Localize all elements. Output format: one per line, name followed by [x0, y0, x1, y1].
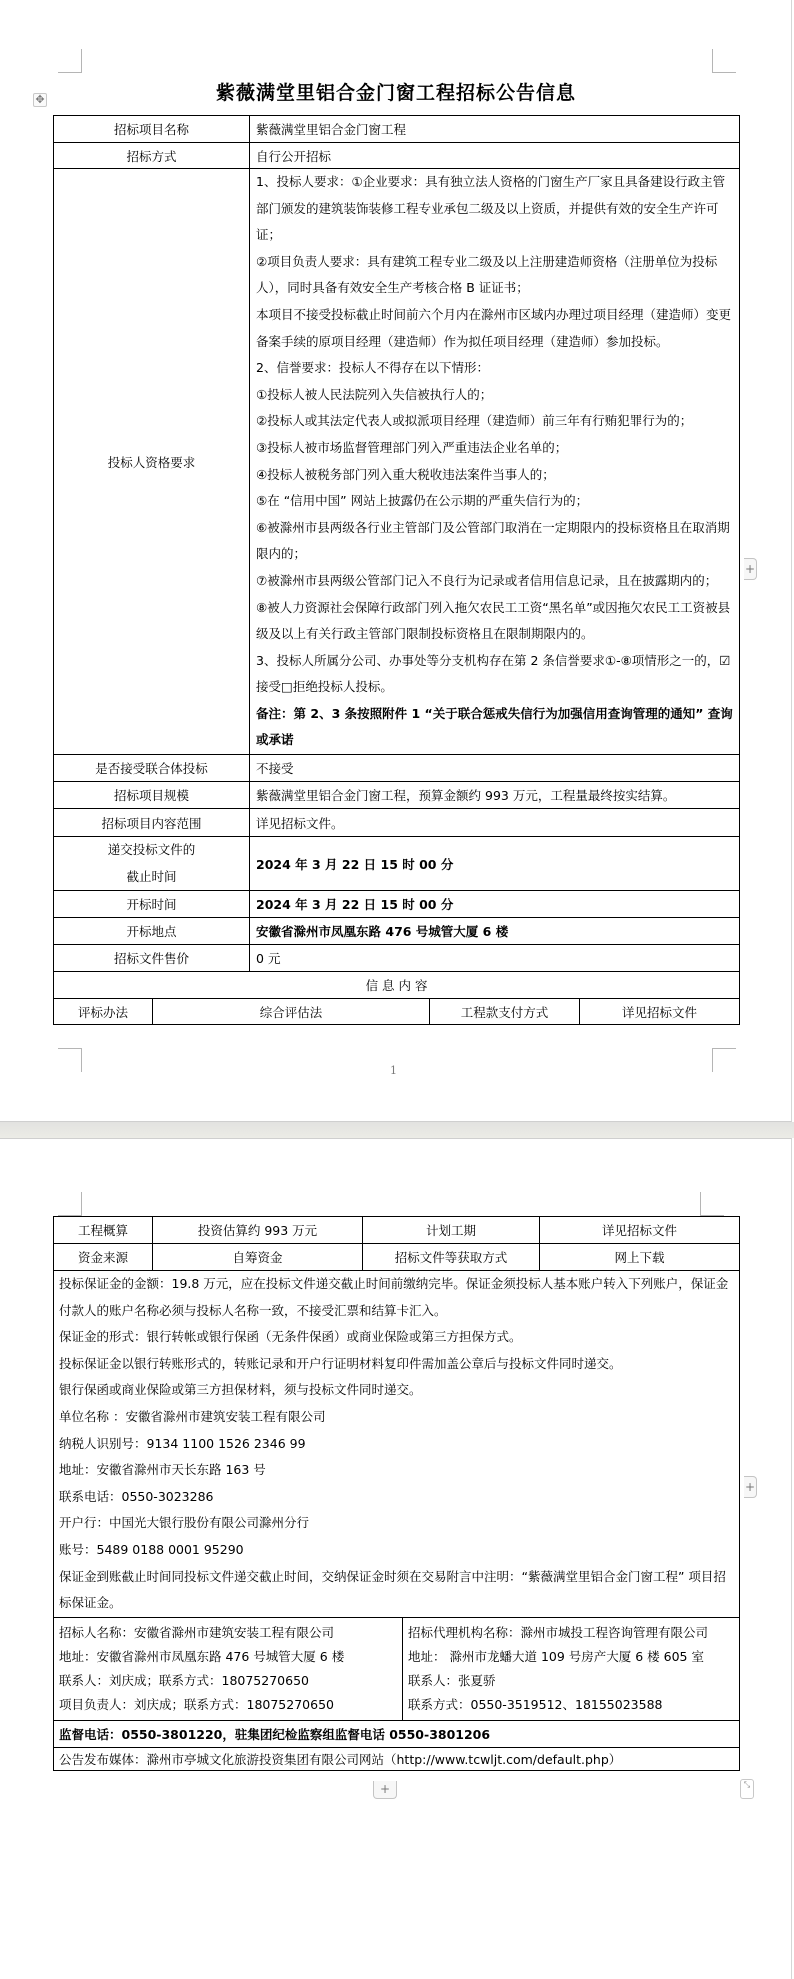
qualification-line: ③投标人被市场监督管理部门列入严重违法企业名单的；: [256, 435, 733, 462]
supervision-phone: 监督电话：0550-3801220，驻集团纪检监察组监督电话 0550-3801…: [54, 1720, 740, 1747]
cell: 综合评估法: [153, 999, 430, 1025]
tenderer-line: 招标人名称：安徽省滁州市建筑安装工程有限公司: [59, 1621, 397, 1645]
deposit-line: 地址：安徽省滁州市天长东路 163 号: [59, 1457, 734, 1484]
cell: 计划工期: [363, 1217, 540, 1244]
deposit-line: 银行保函或商业保险或第三方担保材料，须与投标文件同时递交。: [59, 1377, 734, 1404]
qualification-line: ⑥被滁州市县两级各行业主管部门及公管部门取消在一定期限内的投标资格且在取消期限内…: [256, 515, 733, 568]
qualification-line: ①投标人被人民法院列入失信被执行人的；: [256, 382, 733, 409]
margin-corner-mark: [700, 1192, 724, 1216]
add-row-plus-icon[interactable]: +: [373, 1781, 397, 1799]
margin-corner-mark: [712, 49, 736, 73]
qualification-content: 1、投标人要求：①企业要求：具有独立法人资格的门窗生产厂家且具备建设行政主管部门…: [250, 169, 740, 755]
qualification-line: ④投标人被税务部门列入重大税收违法案件当事人的；: [256, 462, 733, 489]
cell: 自筹资金: [153, 1244, 363, 1271]
row-label: 开标时间: [54, 891, 250, 918]
document-page-1: 紫薇满堂里铝合金门窗工程招标公告信息 ✥ 招标项目名称 紫薇满堂里铝合金门窗工程…: [0, 0, 792, 1122]
qualification-line: ②项目负责人要求：具有建筑工程专业二级及以上注册建造师资格（注册单位为投标人），…: [256, 249, 733, 302]
cell: 网上下载: [540, 1244, 740, 1271]
row-value: 紫薇满堂里铝合金门窗工程，预算金额约 993 万元，工程量最终按实结算。: [250, 782, 740, 809]
table-row: 招标项目名称 紫薇满堂里铝合金门窗工程: [54, 116, 740, 143]
row-label: 开标地点: [54, 918, 250, 945]
add-column-plus-icon[interactable]: +: [744, 558, 757, 580]
table-row-info-header: 信 息 内 容: [54, 972, 740, 999]
table-row: 招标项目内容范围 详见招标文件。: [54, 809, 740, 837]
margin-corner-mark: [58, 1048, 82, 1072]
deposit-content: 投标保证金的金额：19.8 万元，应在投标文件递交截止时间前缴纳完毕。保证金须投…: [54, 1271, 740, 1618]
row-value: 0 元: [250, 945, 740, 972]
cell: 工程概算: [54, 1217, 153, 1244]
qualification-line: ②投标人或其法定代表人或拟派项目经理（建造师）前三年有行贿犯罪行为的；: [256, 408, 733, 435]
publish-media: 公告发布媒体：滁州市亭城文化旅游投资集团有限公司网站（http://www.tc…: [54, 1747, 740, 1770]
row-value: 紫薇满堂里铝合金门窗工程: [250, 116, 740, 143]
tenderer-line: 项目负责人：刘庆成；联系方式：18075270650: [59, 1693, 397, 1717]
qualification-line: 2、信誉要求：投标人不得存在以下情形：: [256, 355, 733, 382]
table-resize-handle-icon[interactable]: ⤡: [740, 1779, 754, 1799]
row-label: 是否接受联合体投标: [54, 755, 250, 782]
qualification-line: ⑤在 “信用中国” 网站上披露仍在公示期的严重失信行为的；: [256, 488, 733, 515]
cell: 评标办法: [54, 999, 153, 1025]
table-row: 开标地点 安徽省滁州市凤凰东路 476 号城管大厦 6 楼: [54, 918, 740, 945]
deposit-line: 联系电话：0550-3023286: [59, 1484, 734, 1511]
row-value: 自行公开招标: [250, 143, 740, 169]
table-row: 资金来源 自筹资金 招标文件等获取方式 网上下载: [54, 1244, 740, 1271]
page-separator: [0, 1122, 794, 1138]
table-row: 开标时间 2024 年 3 月 22 日 15 时 00 分: [54, 891, 740, 918]
agency-line: 地址： 滁州市龙蟠大道 109 号房产大厦 6 楼 605 室: [408, 1645, 734, 1669]
table-row-contacts: 招标人名称：安徽省滁州市建筑安装工程有限公司 地址：安徽省滁州市凤凰东路 476…: [54, 1617, 740, 1720]
cell: 资金来源: [54, 1244, 153, 1271]
cell: 招标文件等获取方式: [363, 1244, 540, 1271]
row-label: 招标项目内容范围: [54, 809, 250, 837]
table-row: 招标文件售价 0 元: [54, 945, 740, 972]
bid-info-table-continued: 工程概算 投资估算约 993 万元 计划工期 详见招标文件 资金来源 自筹资金 …: [53, 1216, 740, 1771]
row-label: 递交投标文件的 截止时间: [54, 837, 250, 891]
table-row-deposit: 投标保证金的金额：19.8 万元，应在投标文件递交截止时间前缴纳完毕。保证金须投…: [54, 1271, 740, 1618]
page-number: 1: [390, 1064, 397, 1077]
table-row: 监督电话：0550-3801220，驻集团纪检监察组监督电话 0550-3801…: [54, 1720, 740, 1747]
label-line: 递交投标文件的: [60, 837, 243, 864]
deposit-line: 保证金到账截止时间同投标文件递交截止时间，交纳保证金时须在交易附言中注明：“紫薇…: [59, 1564, 734, 1617]
bid-info-table: 招标项目名称 紫薇满堂里铝合金门窗工程 招标方式 自行公开招标 投标人资格要求 …: [53, 115, 740, 1025]
opening-location-value: 安徽省滁州市凤凰东路 476 号城管大厦 6 楼: [250, 918, 740, 945]
row-value: 不接受: [250, 755, 740, 782]
table-row: 工程概算 投资估算约 993 万元 计划工期 详见招标文件: [54, 1217, 740, 1244]
row-value: 详见招标文件。: [250, 809, 740, 837]
tenderer-line: 地址：安徽省滁州市凤凰东路 476 号城管大厦 6 楼: [59, 1645, 397, 1669]
row-label: 招标文件售价: [54, 945, 250, 972]
add-column-plus-icon[interactable]: +: [744, 1476, 757, 1498]
page-title: 紫薇满堂里铝合金门窗工程招标公告信息: [0, 78, 792, 105]
agency-info: 招标代理机构名称：滁州市城投工程咨询管理有限公司 地址： 滁州市龙蟠大道 109…: [403, 1617, 740, 1720]
row-label: 招标项目名称: [54, 116, 250, 143]
deposit-line: 账号：5489 0188 0001 95290: [59, 1537, 734, 1564]
margin-corner-mark: [58, 49, 82, 73]
deposit-line: 单位名称 ：安徽省滁州市建筑安装工程有限公司: [59, 1404, 734, 1431]
opening-time-value: 2024 年 3 月 22 日 15 时 00 分: [250, 891, 740, 918]
qualification-line: 本项目不接受投标截止时间前六个月内在滁州市区域内办理过项目经理（建造师）变更备案…: [256, 302, 733, 355]
table-move-handle-icon[interactable]: ✥: [33, 93, 47, 107]
deadline-value: 2024 年 3 月 22 日 15 时 00 分: [250, 837, 740, 891]
info-header: 信 息 内 容: [54, 972, 740, 999]
deposit-line: 纳税人识别号：9134 1100 1526 2346 99: [59, 1431, 734, 1458]
tenderer-line: 联系人：刘庆成；联系方式：18075270650: [59, 1669, 397, 1693]
cell: 工程款支付方式: [430, 999, 580, 1025]
qualification-line: ⑦被滁州市县两级公管部门记入不良行为记录或者信用信息记录，且在披露期内的；: [256, 568, 733, 595]
margin-corner-mark: [58, 1192, 82, 1216]
table-row: 是否接受联合体投标 不接受: [54, 755, 740, 782]
table-row-qualification: 投标人资格要求 1、投标人要求：①企业要求：具有独立法人资格的门窗生产厂家且具备…: [54, 169, 740, 755]
table-row: 招标方式 自行公开招标: [54, 143, 740, 169]
table-row: 招标项目规模 紫薇满堂里铝合金门窗工程，预算金额约 993 万元，工程量最终按实…: [54, 782, 740, 809]
cell: 详见招标文件: [540, 1217, 740, 1244]
deposit-line: 开户行：中国光大银行股份有限公司滁州分行: [59, 1510, 734, 1537]
row-label: 招标方式: [54, 143, 250, 169]
row-label: 招标项目规模: [54, 782, 250, 809]
qualification-note: 备注：第 2、3 条按照附件 1 “关于联合惩戒失信行为加强信用查询管理的通知”…: [256, 701, 733, 754]
agency-line: 招标代理机构名称：滁州市城投工程咨询管理有限公司: [408, 1621, 734, 1645]
cell: 详见招标文件: [580, 999, 740, 1025]
qualification-line: ⑧被人力资源社会保障行政部门列入拖欠农民工工资“黑名单”或因拖欠农民工工资被县级…: [256, 595, 733, 648]
agency-line: 联系人：张夏骄: [408, 1669, 734, 1693]
margin-corner-mark: [712, 1048, 736, 1072]
row-label: 投标人资格要求: [54, 169, 250, 755]
tenderer-info: 招标人名称：安徽省滁州市建筑安装工程有限公司 地址：安徽省滁州市凤凰东路 476…: [54, 1617, 403, 1720]
deposit-line: 投标保证金的金额：19.8 万元，应在投标文件递交截止时间前缴纳完毕。保证金须投…: [59, 1271, 734, 1324]
cell: 投资估算约 993 万元: [153, 1217, 363, 1244]
qualification-line: 3、投标人所属分公司、办事处等分支机构存在第 2 条信誉要求①-⑧项情形之一的，…: [256, 648, 733, 701]
table-row: 评标办法 综合评估法 工程款支付方式 详见招标文件: [54, 999, 740, 1025]
deposit-line: 投标保证金以银行转账形式的，转账记录和开户行证明材料复印件需加盖公章后与投标文件…: [59, 1351, 734, 1378]
table-row: 公告发布媒体：滁州市亭城文化旅游投资集团有限公司网站（http://www.tc…: [54, 1747, 740, 1770]
agency-line: 联系方式：0550-3519512、18155023588: [408, 1693, 734, 1717]
label-line: 截止时间: [60, 864, 243, 891]
deposit-line: 保证金的形式：银行转帐或银行保函（无条件保函）或商业保险或第三方担保方式。: [59, 1324, 734, 1351]
table-row-deadline: 递交投标文件的 截止时间 2024 年 3 月 22 日 15 时 00 分: [54, 837, 740, 891]
qualification-line: 1、投标人要求：①企业要求：具有独立法人资格的门窗生产厂家且具备建设行政主管部门…: [256, 169, 733, 249]
